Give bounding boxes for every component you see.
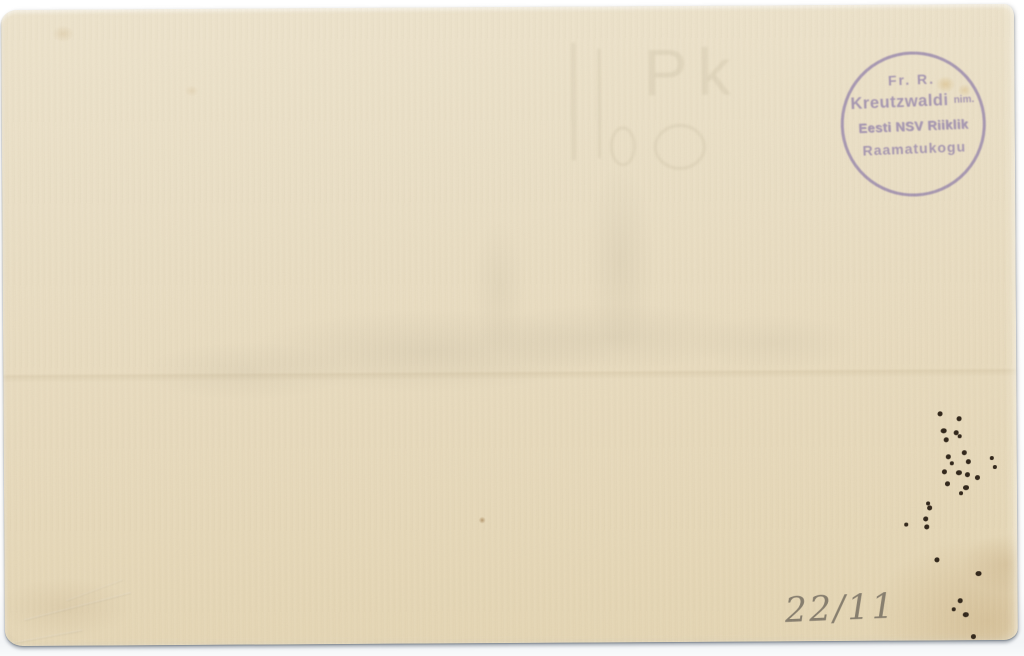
scan-background: Pk Fr. R. Kreutzwaldi nim. Eesti NSV Rii…: [0, 0, 1024, 656]
stamp-line-2: Kreutzwaldi nim.: [843, 90, 983, 115]
ink-speck: [975, 475, 980, 480]
crease-mark: [66, 579, 123, 602]
ink-speck: [963, 485, 969, 490]
ink-speck: [971, 634, 976, 639]
ink-speck: [952, 607, 956, 611]
ink-speck: [942, 469, 947, 474]
ink-speck: [993, 465, 997, 469]
ink-speck: [927, 505, 932, 510]
ghost-pencil-stroke: [654, 124, 706, 170]
crease-mark: [13, 630, 82, 645]
ink-speck: [926, 501, 930, 505]
ink-speck: [944, 437, 949, 442]
ink-speck: [962, 450, 967, 455]
stamp-line-4: Raamatukogu: [845, 138, 985, 160]
library-stamp: Fr. R. Kreutzwaldi nim. Eesti NSV Riikli…: [838, 49, 989, 200]
ink-speck: [965, 472, 970, 477]
ink-speck: [950, 461, 954, 465]
stamp-line-2-main: Kreutzwaldi: [850, 91, 949, 113]
stamp-line-2-suffix: nim.: [953, 94, 974, 106]
postcard-back: Pk Fr. R. Kreutzwaldi nim. Eesti NSV Rii…: [1, 4, 1018, 646]
ink-speck: [963, 612, 969, 617]
ink-speck: [946, 454, 951, 459]
ink-speck: [956, 470, 962, 475]
ink-speck: [959, 491, 963, 495]
ink-speck: [923, 516, 928, 521]
ink-speck: [957, 416, 962, 421]
stamp-line-3: Eesti NSV Riiklik: [844, 116, 983, 137]
ghost-pencil-text: Pk: [643, 34, 740, 111]
stamp-line-1: Fr. R.: [842, 69, 982, 91]
ink-speck: [934, 557, 939, 562]
ink-speck: [945, 481, 950, 486]
ink-speck: [904, 523, 908, 527]
ink-speck: [941, 428, 947, 433]
ink-speck: [966, 459, 971, 464]
ghost-pencil-stroke: [610, 126, 636, 166]
ink-speck: [954, 430, 959, 435]
ink-speck: [938, 411, 943, 416]
ghost-pencil-stroke: [571, 43, 576, 161]
handwritten-number: 22/11: [784, 587, 896, 632]
ink-speck: [958, 598, 963, 603]
ghost-pencil-stroke: [597, 48, 601, 158]
ink-speck: [976, 571, 982, 576]
ink-speck: [958, 434, 962, 438]
ink-speck: [990, 456, 994, 460]
ink-speck: [924, 524, 929, 529]
